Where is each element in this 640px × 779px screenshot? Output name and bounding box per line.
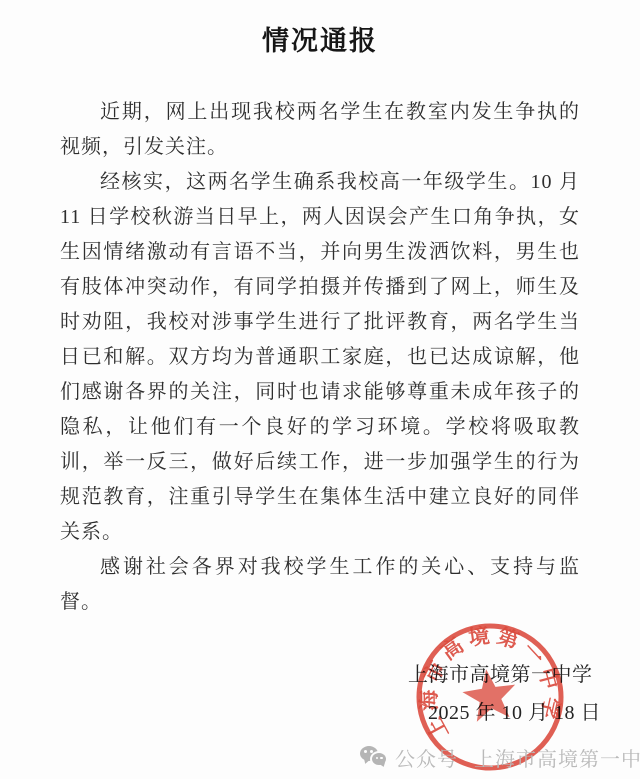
signature-date: 2025 年 10 月 18 日 — [428, 696, 601, 725]
watermark: 公众号 上海市高境第一中学 — [360, 743, 640, 772]
wechat-icon — [360, 746, 388, 770]
document-title: 情况通报 — [0, 19, 640, 58]
paragraph-2: 经核实，这两名学生确系我校高一年级学生。10 月 11 日学校秋游当日早上，两人… — [60, 165, 580, 550]
document-body: 近期，网上出现我校两名学生在教室内发生争执的视频，引发关注。 经核实，这两名学生… — [60, 95, 580, 620]
watermark-account: 上海市高境第一中学 — [474, 743, 640, 772]
paragraph-1: 近期，网上出现我校两名学生在教室内发生争执的视频，引发关注。 — [60, 95, 580, 165]
signature-issuer: 上海市高境第一中学 — [408, 658, 593, 687]
notice-page: 情况通报 近期，网上出现我校两名学生在教室内发生争执的视频，引发关注。 经核实，… — [0, 0, 640, 779]
watermark-label: 公众号 — [395, 743, 458, 772]
paragraph-3: 感谢社会各界对我校学生工作的关心、支持与监督。 — [60, 550, 580, 620]
